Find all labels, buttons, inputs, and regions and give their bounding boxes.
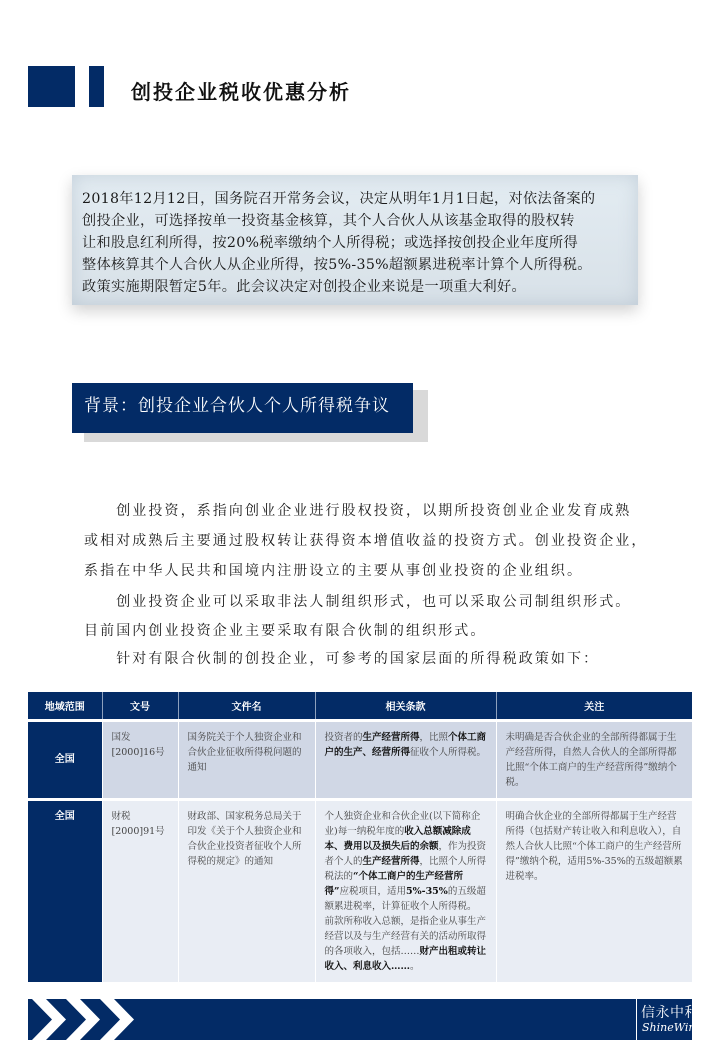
policy-table: 地域范围 文号 文件名 相关条款 关注 全国 国发[2000]16号 国务院关于… <box>28 692 692 982</box>
clause-text: 征收个人所得税。 <box>410 747 486 758</box>
title-decor-square-large <box>28 66 75 107</box>
body-line: 或相对成熟后主要通过股权转让获得资本增值收益的投资方式。创业投资企业， <box>84 530 648 550</box>
body-line: 目前国内创业投资企业主要采取有限合伙制的组织形式。 <box>84 620 487 640</box>
cell-doc-no: 财税[2000]91号 <box>102 799 178 982</box>
clause-text: ，比照 <box>420 732 449 743</box>
title-decor-square-small <box>89 66 104 107</box>
company-logo: 信永中和 ShineWing <box>636 999 692 1040</box>
footer-bar: 信永中和 ShineWing <box>28 999 692 1040</box>
body-line: 系指在中华人民共和国境内注册设立的主要从事创业投资的企业组织。 <box>84 560 583 580</box>
column-header-region: 地域范围 <box>28 692 102 720</box>
cell-clause: 投资者的生产经营所得，比照个体工商户的生产、经营所得征收个人所得税。 <box>315 720 496 799</box>
clause-text: 投资者的 <box>325 732 363 743</box>
body-line: 创业投资，系指向创业企业进行股权投资，以期所投资创业企业发育成熟 <box>84 500 631 520</box>
summary-line: 让和股息红利所得，按20%税率缴纳个人所得税；或选择按创投企业年度所得 <box>82 232 638 254</box>
column-header-clause: 相关条款 <box>315 692 496 720</box>
cell-doc-name: 财政部、国家税务总局关于印发《关于个人独资企业和合伙企业投资者征收个人所得税的规… <box>178 799 315 982</box>
page-title: 创投企业税收优惠分析 <box>131 76 351 105</box>
section-title: 背景：创投企业合伙人个人所得税争议 <box>84 391 390 416</box>
cell-clause: 个人独资企业和合伙企业(以下简称企业)每一纳税年度的收入总额减除成本、费用以及损… <box>315 799 496 982</box>
emphasized-text: 生产经营所得 <box>363 732 420 743</box>
emphasized-text: 生产经营所得 <box>363 856 420 867</box>
body-line: 创业投资企业可以采取非法人制组织形式，也可以采取公司制组织形式。 <box>84 591 631 611</box>
column-header-note: 关注 <box>496 692 692 720</box>
cell-doc-name: 国务院关于个人独资企业和合伙企业征收所得税问题的通知 <box>178 720 315 799</box>
chevron-arrows-icon <box>28 999 178 1040</box>
cell-doc-no: 国发[2000]16号 <box>102 720 178 799</box>
column-header-doc-name: 文件名 <box>178 692 315 720</box>
clause-text: 。 <box>410 961 420 972</box>
summary-line: 整体核算其个人合伙人从企业所得，按5%-35%超额累进税率计算个人所得税。 <box>82 254 638 276</box>
summary-line: 政策实施期限暂定5年。此会议决定对创投企业来说是一项重大利好。 <box>82 276 638 298</box>
table-row: 全国 财税[2000]91号 财政部、国家税务总局关于印发《关于个人独资企业和合… <box>28 799 692 982</box>
clause-text: 应税项目，适用 <box>339 886 406 897</box>
summary-line: 2018年12月12日，国务院召开常务会议，决定从明年1月1日起，对依法备案的 <box>82 188 638 210</box>
table-row: 全国 国发[2000]16号 国务院关于个人独资企业和合伙企业征收所得税问题的通… <box>28 720 692 799</box>
emphasized-text: 5%-35% <box>406 886 448 897</box>
summary-line: 创投企业，可选择按单一投资基金核算，其个人合伙人从该基金取得的股权转 <box>82 210 638 232</box>
table-header-row: 地域范围 文号 文件名 相关条款 关注 <box>28 692 692 720</box>
logo-english-text: ShineWing <box>642 1021 692 1034</box>
body-line: 针对有限合伙制的创投企业，可参考的国家层面的所得税政策如下： <box>84 648 599 668</box>
cell-region: 全国 <box>28 799 102 982</box>
logo-chinese-text: 信永中和 <box>641 1002 692 1022</box>
column-header-doc-no: 文号 <box>102 692 178 720</box>
cell-note: 明确合伙企业的全部所得都属于生产经营所得（包括财产转让收入和利息收入），自然人合… <box>496 799 692 982</box>
cell-note: 未明确是否合伙企业的全部所得都属于生产经营所得，自然人合伙人的全部所得都比照“个… <box>496 720 692 799</box>
cell-region: 全国 <box>28 720 102 799</box>
summary-text: 2018年12月12日，国务院召开常务会议，决定从明年1月1日起，对依法备案的 … <box>82 188 638 298</box>
